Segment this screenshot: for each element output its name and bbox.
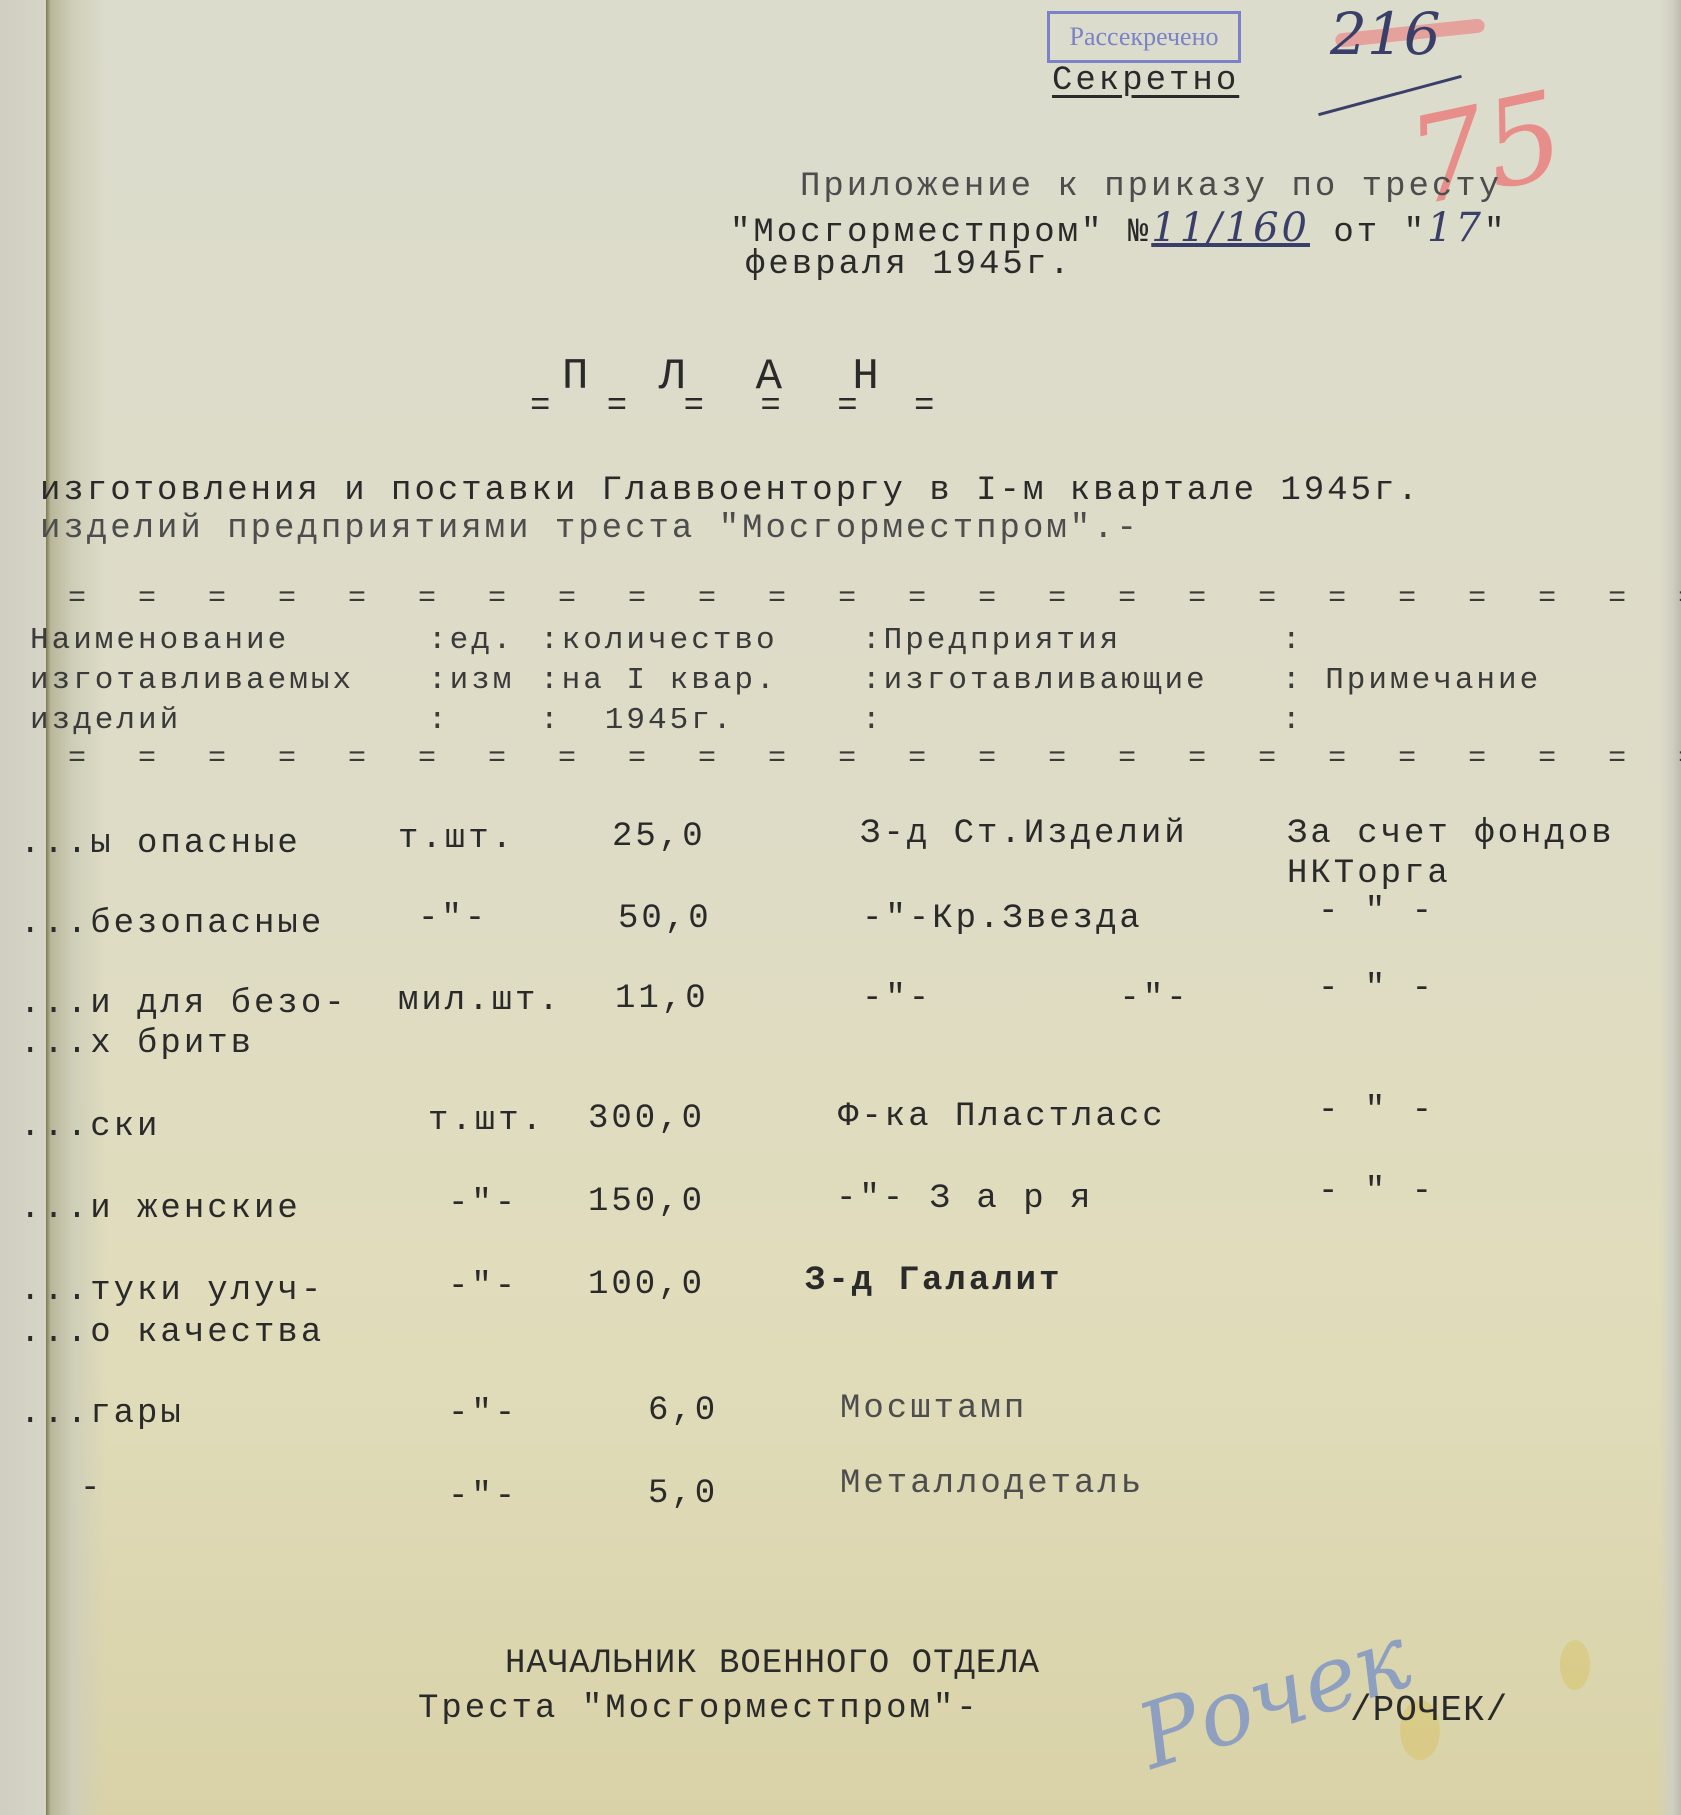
header-qty-2: :на I квар. [540, 663, 778, 698]
paper-stain [1560, 1640, 1590, 1690]
order-mid: от " [1310, 214, 1427, 252]
row-quantity: 50,0 [618, 900, 712, 938]
header-ent-1: :Предприятия [862, 623, 1121, 658]
row-quantity: 5,0 [648, 1475, 718, 1513]
order-number: 11/160 [1151, 205, 1310, 251]
row-name-2: ...х бритв [20, 1025, 254, 1063]
row-enterprise: Ф-ка Пластласс [838, 1098, 1166, 1136]
row-quantity: 11,0 [615, 980, 709, 1018]
header-note-1: : [1282, 623, 1304, 658]
signature-title-2: Треста "Мосгорместпром"- [418, 1690, 980, 1728]
row-unit: -"- [448, 1395, 518, 1433]
header-line-1: Приложение к приказу по тресту [800, 168, 1502, 206]
row-quantity: 25,0 [612, 818, 706, 856]
header-name-1: Наименование [30, 623, 289, 658]
header-note-3: : [1282, 703, 1304, 738]
row-unit: -"- [448, 1478, 518, 1516]
row-enterprise: З-д Галалит [805, 1262, 1062, 1300]
header-unit-1: :ед. [428, 623, 514, 658]
row-enterprise: Мосштамп [840, 1390, 1027, 1428]
old-page-number: 216 [1330, 0, 1441, 68]
subtitle-line-2: изделий предприятиями треста "Мосгормест… [40, 510, 1140, 548]
row-name: ...гары [20, 1395, 184, 1433]
row-note: За счет фондов [1287, 815, 1615, 853]
row-enterprise: -"- З а р я [836, 1180, 1093, 1218]
row-note-2: НКТорга [1287, 855, 1451, 893]
row-note: - " - [1318, 893, 1435, 931]
header-line-2: "Мосгорместпром" №11/160 от "17" [730, 205, 1507, 252]
row-name: ...и для безо- [20, 985, 348, 1023]
row-quantity: 100,0 [588, 1266, 705, 1304]
header-line-3: февраля 1945г. [745, 246, 1073, 284]
row-note: - " - [1318, 970, 1435, 1008]
header-unit-3: : [428, 703, 450, 738]
row-name: ...и женские [20, 1190, 301, 1228]
header-qty-3: : 1945г. [540, 703, 734, 738]
row-enterprise: -"-Кр.Звезда [862, 900, 1143, 938]
row-name: ...ы опасные [20, 825, 301, 863]
row-unit: т.шт. [398, 820, 515, 858]
row-unit: мил.шт. [398, 982, 562, 1020]
row-name: ...ски [20, 1108, 160, 1146]
order-suffix: " [1484, 214, 1507, 252]
row-enterprise: Металлодеталь [840, 1465, 1144, 1503]
header-name-3: изделий [30, 703, 181, 738]
signatory-name: /РОЧЕК/ [1350, 1690, 1508, 1731]
row-name: ...туки улуч- [20, 1272, 324, 1310]
row-name: - [80, 1470, 103, 1508]
row-enterprise: -"- -"- [862, 980, 1190, 1018]
page-edge-right [1659, 0, 1681, 1815]
row-unit: -"- [418, 900, 488, 938]
header-ent-2: :изготавливающие [862, 663, 1208, 698]
row-unit: т.шт. [428, 1102, 545, 1140]
row-enterprise: З-д Ст.Изделий [860, 815, 1188, 853]
subtitle-line-1: изготовления и поставки Главвоенторгу в … [40, 472, 1421, 510]
row-note: - " - [1318, 1092, 1435, 1130]
title-underline: = = = = = = [530, 388, 952, 426]
row-quantity: 6,0 [648, 1392, 718, 1430]
header-unit-2: :изм [428, 663, 514, 698]
table-rule-bottom: = = = = = = = = = = = = = = = = = = = = … [68, 742, 1681, 776]
header-name-2: изготавливаемых [30, 663, 354, 698]
row-unit: -"- [448, 1185, 518, 1223]
classification-label: Секретно [1052, 62, 1239, 100]
header-ent-3: : [862, 703, 884, 738]
signature-title-1: НАЧАЛЬНИК ВОЕННОГО ОТДЕЛА [505, 1645, 1040, 1683]
table-rule-top: = = = = = = = = = = = = = = = = = = = = … [68, 582, 1681, 616]
order-day: 17 [1427, 205, 1484, 251]
header-note-2: : Примечание [1282, 663, 1541, 698]
row-note: - " - [1318, 1173, 1435, 1211]
row-name-2: ...о качества [20, 1314, 324, 1352]
row-unit: -"- [448, 1268, 518, 1306]
row-quantity: 150,0 [588, 1183, 705, 1221]
row-quantity: 300,0 [588, 1100, 705, 1138]
declassified-stamp: Рассекречено [1047, 11, 1241, 63]
stamp-label: Рассекречено [1070, 22, 1219, 52]
row-name: ...безопасные [20, 905, 324, 943]
header-qty-1: :количество [540, 623, 778, 658]
